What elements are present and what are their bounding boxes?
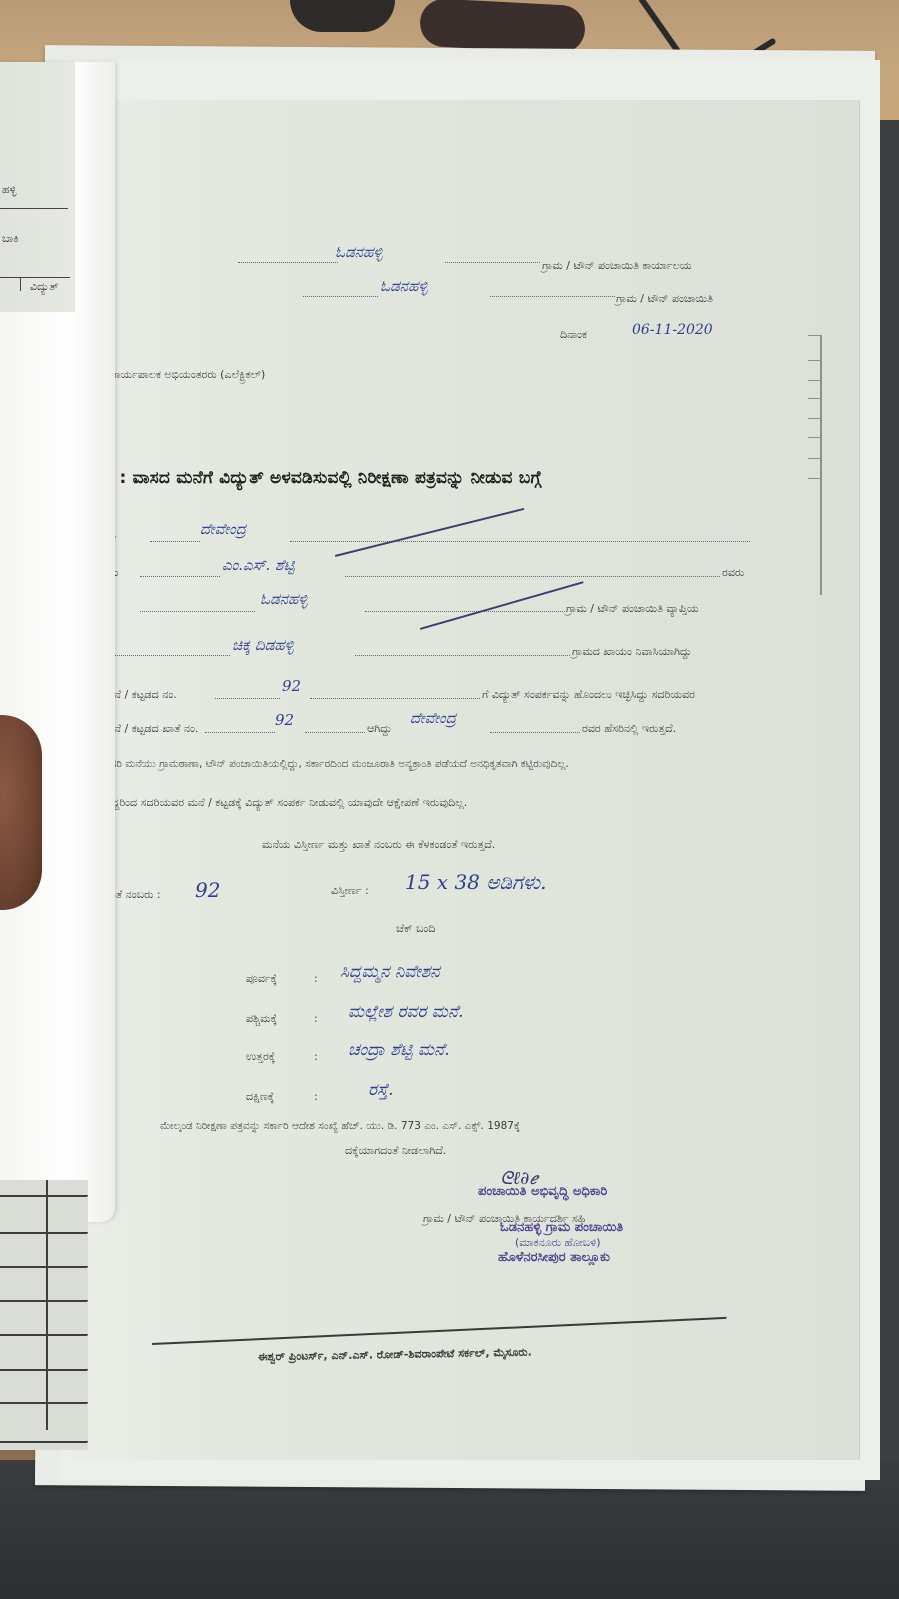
boundary-colon: : xyxy=(314,1090,318,1103)
khata-suffix: ರವರ ಹೆಸರಿನಲ್ಲಿ ಇರುತ್ತದೆ. xyxy=(582,722,676,736)
grid-rule xyxy=(0,1300,88,1302)
house-no-suffix: ಗೆ ವಿದ್ಯುತ್ ಸಂಪರ್ಕವನ್ನು ಹೊಂದಲು ಇಚ್ಛಿಸಿದ್… xyxy=(482,688,695,702)
flap-text: ವಿದ್ಯುತ್ xyxy=(30,280,59,294)
village-office-handwritten: ಓಡನಹಳ್ಳಿ xyxy=(335,243,383,261)
dotted-line xyxy=(140,576,220,577)
grid-rule xyxy=(46,1180,48,1430)
khata-number-value: 92 xyxy=(195,878,220,902)
ruler-tick xyxy=(808,380,820,381)
paragraph-3: ಮನೆಯ ವಿಸ್ತೀರ್ಣ ಮತ್ತು ಖಾತೆ ನಂಬರು ಈ ಕೆಳಕಂಡ… xyxy=(262,838,495,852)
boundary-colon: : xyxy=(314,1012,318,1025)
dotted-line xyxy=(305,732,365,733)
panchayat-handwritten: ಓಡನಹಳ್ಳಿ xyxy=(380,277,428,295)
remote-object xyxy=(419,0,586,54)
dotted-line xyxy=(150,541,200,542)
boundary-label-west: ಪಶ್ಚಿಮಕ್ಕೆ xyxy=(246,1012,277,1026)
government-order-line2: ದಕ್ಕೆಯಾಗದಂತೆ ನೀಡಲಾಗಿದೆ. xyxy=(345,1144,446,1158)
applicant-name: ದೇವೇಂದ್ರ xyxy=(200,520,246,538)
grid-rule xyxy=(0,1441,88,1443)
boundary-value-west: ಮಲ್ಲೇಶ ರವರ ಮನೆ. xyxy=(348,1002,464,1022)
boundary-label-south: ದಕ್ಷಿಣಕ್ಕೆ xyxy=(246,1090,274,1104)
boundary-value-north: ಚಂದ್ರಾ ಶೆಟ್ಟಿ ಮನೆ. xyxy=(348,1040,450,1060)
date-label: ದಿನಾಂಕ xyxy=(560,328,587,342)
ruler-tick xyxy=(808,398,820,399)
flap-rule xyxy=(20,277,21,291)
ruler-tick xyxy=(808,360,820,361)
boundary-colon: : xyxy=(314,1050,318,1063)
panchayat-label: ಗ್ರಾಮ / ಟೌನ್ ಪಂಚಾಯಿತಿ xyxy=(616,292,713,306)
house-number: 92 xyxy=(282,677,301,695)
boundaries-title: ಚೆಕ್ ಬಂದಿ xyxy=(396,922,435,936)
ruler-tick xyxy=(808,458,820,459)
dotted-line xyxy=(310,698,480,699)
dotted-line xyxy=(205,732,275,733)
stamp-line-2: ಓಡನಹಳ್ಳಿ ಗ್ರಾಮ ಪಂಚಾಯಿತಿ xyxy=(500,1220,623,1235)
date-value: 06-11-2020 xyxy=(632,322,713,338)
khata-label: ಮನೆ / ಕಟ್ಟಡದ ಖಾತೆ ನಂ. xyxy=(104,722,198,736)
grid-rule xyxy=(0,1369,88,1371)
flap-text: ಹಳ್ಳಿ xyxy=(2,183,16,197)
boundary-label-east: ಪೂರ್ವಕ್ಕೆ xyxy=(246,972,277,986)
dotted-line xyxy=(140,611,255,612)
paragraph-1: ಸದರಿ ಮನೆಯು ಗ್ರಾಮಠಾಣಾ, ಟೌನ್ ಪಂಚಾಯಿತಿಯಲ್ಲಿ… xyxy=(104,758,569,771)
dotted-line xyxy=(215,698,280,699)
dotted-line xyxy=(445,262,540,263)
village-label: ಗ್ರಾಮದ ಖಾಯಂ ನಿವಾಸಿಯಾಗಿದ್ದು xyxy=(572,645,692,659)
dotted-line xyxy=(490,732,580,733)
father-suffix: ರವರು xyxy=(722,566,744,580)
dotted-line xyxy=(238,262,338,263)
flap-text: ಬಾಕಿ xyxy=(2,232,19,246)
stamp-line-1: ಪಂಚಾಯಿತಿ ಅಭಿವೃದ್ಧಿ ಅಧಿಕಾರಿ xyxy=(478,1184,607,1199)
dotted-line xyxy=(303,296,378,297)
father-name: ಎಂ.ಎಸ್. ಶೆಟ್ಟಿ xyxy=(222,556,295,574)
ruler-tick xyxy=(808,418,820,419)
thumb xyxy=(0,715,42,910)
jurisdiction-label: ಗ್ರಾಮ / ಟೌನ್ ಪಂಚಾಯಿತಿ ವ್ಯಾಪ್ತಿಯ xyxy=(566,602,699,616)
area-label: ವಿಸ್ತೀರ್ಣ : xyxy=(331,884,369,898)
stamp-line-4: ಹೊಳೆನರಸೀಪುರ ತಾಲ್ಲೂಕು xyxy=(498,1250,610,1265)
flap-rule xyxy=(0,208,68,209)
dotted-line xyxy=(290,541,750,542)
grid-rule xyxy=(0,1195,88,1197)
grid-flap xyxy=(0,1180,88,1450)
certificate-sheet xyxy=(70,100,860,1460)
subject-line: ವಿಷಯ : ವಾಸದ ಮನೆಗೆ ವಿದ್ಯುತ್ ಅಳವಡಿಸುವಲ್ಲಿ … xyxy=(72,468,542,488)
grid-rule xyxy=(0,1402,88,1404)
khata-owner: ದೇವೇಂದ್ರ xyxy=(410,709,456,727)
government-order-line1: ಮೇಲ್ಕಂಡ ನಿರೀಕ್ಷಣಾ ಪತ್ರವನ್ನು ಸರ್ಕಾರಿ ಆದೇಶ… xyxy=(160,1120,520,1133)
panchayat-jurisdiction: ಓಡನಹಳ್ಳಿ xyxy=(260,590,308,608)
stamp-line-3: (ಮಾಕನೂರು ಹೋಬಳಿ) xyxy=(515,1236,601,1250)
boundary-value-east: ಸಿದ್ದಮ್ಮನ ನಿವೇಶನ xyxy=(340,962,440,982)
mouse-object xyxy=(290,0,395,32)
village-name: ಚಿಕ್ಕ ದಿಡಹಳ್ಳಿ xyxy=(232,636,294,654)
dotted-line xyxy=(345,576,720,577)
khata-mid: ಆಗಿದ್ದು xyxy=(367,722,392,736)
paragraph-2: ಆದ್ದರಿಂದ ಸದರಿಯವರ ಮನೆ / ಕಟ್ಟಡಕ್ಕೆ ವಿದ್ಯುತ… xyxy=(104,796,467,810)
grid-rule xyxy=(0,1266,88,1268)
flap-rule xyxy=(0,277,70,278)
margin-ruler xyxy=(820,335,822,595)
dotted-line xyxy=(355,655,570,656)
boundary-value-south: ರಸ್ತೆ. xyxy=(368,1080,394,1100)
grid-rule xyxy=(0,1334,88,1336)
ruler-tick xyxy=(808,437,820,438)
dotted-line xyxy=(490,296,615,297)
khata-number: 92 xyxy=(275,711,294,729)
dotted-line xyxy=(100,655,230,656)
ruler-tick xyxy=(808,478,820,479)
grid-rule xyxy=(0,1232,88,1234)
ruler-tick xyxy=(808,335,820,336)
boundary-label-north: ಉತ್ತರಕ್ಕೆ xyxy=(246,1050,275,1064)
dotted-line xyxy=(365,611,565,612)
area-value: 15 x 38 ಅಡಿಗಳು. xyxy=(405,870,546,894)
boundary-colon: : xyxy=(314,972,318,985)
office-label: ಗ್ರಾಮ / ಟೌನ್ ಪಂಚಾಯಿತಿ ಕಾರ್ಯಾಲಯ xyxy=(542,259,692,273)
